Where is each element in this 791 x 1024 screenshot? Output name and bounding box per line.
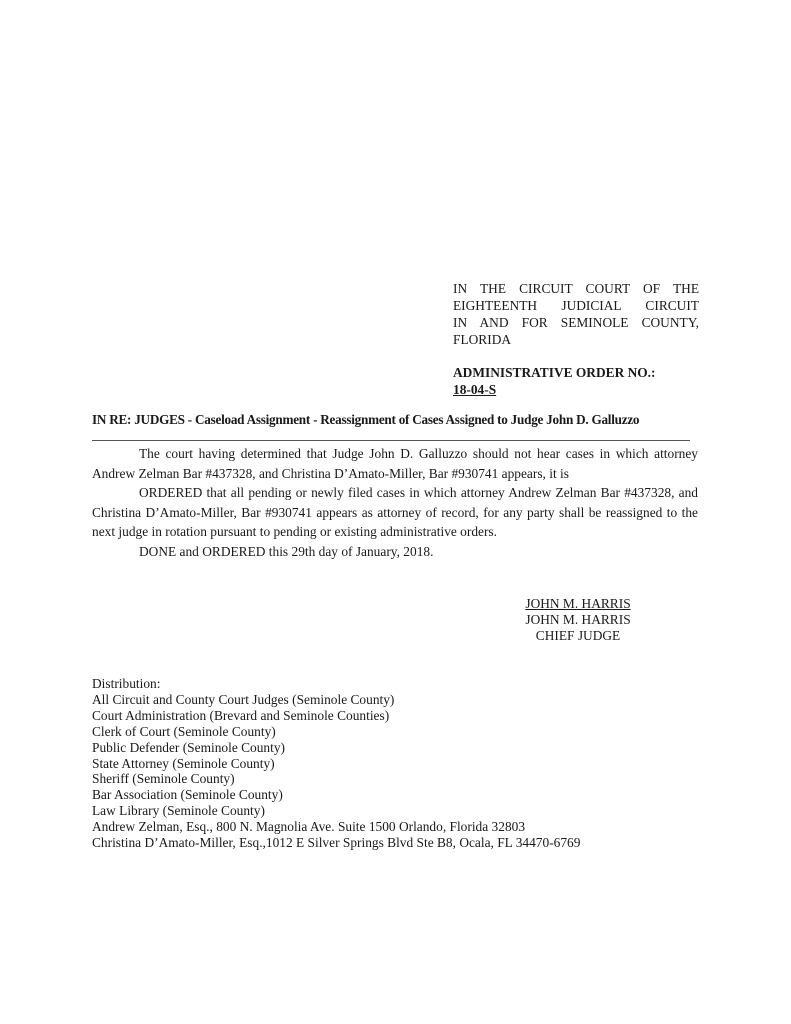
distribution-recipient: Court Administration (Brevard and Semino…	[92, 708, 712, 724]
body-paragraph: The court having determined that Judge J…	[92, 444, 698, 483]
order-label: ADMINISTRATIVE ORDER NO.:	[453, 365, 656, 380]
caption-line: IN AND FOR SEMINOLE COUNTY,	[453, 314, 699, 331]
in-re-heading: IN RE: JUDGES - Caseload Assignment - Re…	[92, 412, 712, 428]
caption-line: EIGHTEENTH JUDICIAL CIRCUIT	[453, 297, 699, 314]
distribution-heading: Distribution:	[92, 676, 712, 692]
distribution-recipient: Christina D’Amato-Miller, Esq.,1012 E Si…	[92, 835, 712, 851]
distribution-recipient: Clerk of Court (Seminole County)	[92, 724, 712, 740]
document-page: IN THE CIRCUIT COURT OF THE EIGHTEENTH J…	[0, 0, 791, 1024]
judge-title: CHIEF JUDGE	[508, 628, 648, 644]
administrative-order-number: ADMINISTRATIVE ORDER NO.: 18-04-S	[453, 364, 699, 398]
distribution-list: Distribution: All Circuit and County Cou…	[92, 676, 712, 851]
distribution-recipient: All Circuit and County Court Judges (Sem…	[92, 692, 712, 708]
court-caption: IN THE CIRCUIT COURT OF THE EIGHTEENTH J…	[453, 280, 699, 348]
body-paragraph: ORDERED that all pending or newly filed …	[92, 483, 698, 542]
distribution-recipient: Public Defender (Seminole County)	[92, 740, 712, 756]
distribution-recipient: Sheriff (Seminole County)	[92, 771, 712, 787]
signature-block: JOHN M. HARRIS JOHN M. HARRIS CHIEF JUDG…	[508, 596, 648, 644]
printed-name: JOHN M. HARRIS	[508, 612, 648, 628]
distribution-recipient: Andrew Zelman, Esq., 800 N. Magnolia Ave…	[92, 819, 712, 835]
separator-line	[92, 440, 690, 441]
order-number: 18-04-S	[453, 381, 699, 398]
caption-line: FLORIDA	[453, 331, 699, 348]
signature: JOHN M. HARRIS	[508, 596, 648, 612]
body-paragraph: DONE and ORDERED this 29th day of Januar…	[92, 542, 698, 562]
distribution-recipient: Law Library (Seminole County)	[92, 803, 712, 819]
distribution-recipient: State Attorney (Seminole County)	[92, 756, 712, 772]
distribution-recipient: Bar Association (Seminole County)	[92, 787, 712, 803]
caption-line: IN THE CIRCUIT COURT OF THE	[453, 280, 699, 297]
order-body: The court having determined that Judge J…	[92, 444, 698, 562]
